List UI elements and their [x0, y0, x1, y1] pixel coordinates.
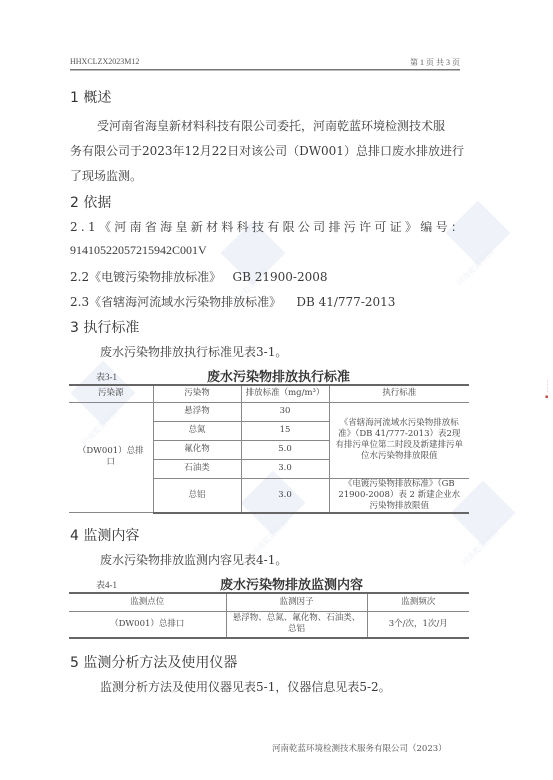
source-cell: （DW001）总排 口: [69, 402, 153, 513]
column-header: 排放标准（mg/m³）: [241, 385, 329, 402]
table-number: 表4-1: [96, 578, 117, 591]
page-number: 第 1 页 共 3 页: [410, 57, 460, 68]
basis-item: 2.2《电镀污染物排放标准》 GB 21900-2008: [70, 268, 328, 285]
monitoring-intro: 废水污染物排放监测内容见表4-1。: [100, 551, 287, 568]
basis-item: 2.1《河南省海皇新材料科技有限公司排污许可证》编号：: [70, 218, 466, 235]
section-heading-monitoring-content: 4 监测内容: [70, 525, 139, 545]
standard-cell: 《省辖海河流域水污染物排放标准》（DB 41/777-2013）表2现有排污单位…: [329, 402, 469, 478]
monitoring-point-cell: （DW001）总排口: [69, 611, 226, 638]
section-heading-standards: 3 执行标准: [70, 317, 139, 337]
basis-item: 2.3《省辖海河流域水污染物排放标准》 DB 41/777-2013: [70, 293, 395, 310]
limit-cell: 3.0: [241, 459, 329, 478]
document-page: 河南乾蓝检测 河南乾蓝检测 河南乾蓝检测 河南乾蓝检测 河南乾蓝检测 HHXCL…: [0, 0, 553, 780]
column-header: 监测点位: [69, 593, 226, 611]
standards-intro: 废水污染物排放执行标准见表3-1。: [100, 343, 287, 360]
table-title: 废水污染物排放监测内容: [220, 574, 363, 593]
pollutant-cell: 氟化物: [153, 440, 241, 459]
overview-paragraph-line: 务有限公司于2023年12月22日对该公司（DW001）总排口废水排放进行: [70, 142, 464, 159]
table-4-1: 监测点位 监测因子 监测频次 （DW001）总排口 悬浮物、总氮、氟化物、石油类…: [69, 592, 469, 639]
section-heading-overview: 1 概述: [70, 87, 111, 107]
monitoring-frequency-cell: 3个/次，1次/月: [367, 611, 469, 638]
pollutant-cell: 石油类: [153, 459, 241, 478]
monitoring-factors-cell: 悬浮物、总氮、氟化物、石油类、总铝: [226, 611, 367, 638]
edge-seal-mark: ⋮⋮▪: [545, 380, 548, 401]
document-code: HHXCLZX2023M12: [70, 57, 139, 66]
table-title: 废水污染物排放执行标准: [207, 366, 350, 385]
page-header: HHXCLZX2023M12 第 1 页 共 3 页: [70, 55, 460, 70]
pollutant-cell: 悬浮物: [153, 402, 241, 421]
limit-cell: 5.0: [241, 440, 329, 459]
table-3-1: 污染源 污染物 排放标准（mg/m³） 执行标准 （DW001）总排 口 悬浮物…: [69, 384, 469, 514]
limit-cell: 15: [241, 421, 329, 440]
column-header: 监测因子: [226, 593, 367, 611]
column-header: 监测频次: [367, 593, 469, 611]
page-footer: 河南乾蓝环境检测技术服务有限公司（2023）: [272, 742, 447, 754]
column-header: 执行标准: [329, 385, 469, 402]
overview-paragraph-line: 了现场监测。: [70, 167, 142, 184]
column-header: 污染源: [69, 385, 153, 402]
column-header: 污染物: [153, 385, 241, 402]
table-number: 表3-1: [96, 370, 117, 383]
pollutant-cell: 总铝: [153, 478, 241, 513]
limit-cell: 30: [241, 402, 329, 421]
pollutant-cell: 总氮: [153, 421, 241, 440]
overview-paragraph-line: 受河南省海皇新材料科技有限公司委托，河南乾蓝环境检测技术服: [97, 117, 445, 134]
license-number: 91410522057215942C001V: [70, 243, 207, 258]
methods-intro: 监测分析方法及使用仪器见表5-1，仪器信息见表5-2。: [100, 678, 391, 695]
section-heading-methods: 5 监测分析方法及使用仪器: [70, 652, 237, 672]
limit-cell: 3.0: [241, 478, 329, 513]
section-heading-basis: 2 依据: [70, 192, 111, 212]
standard-cell: 《电镀污染物排放标准》（GB 21900-2008）表 2 新建企业水污染物排放…: [329, 478, 469, 513]
